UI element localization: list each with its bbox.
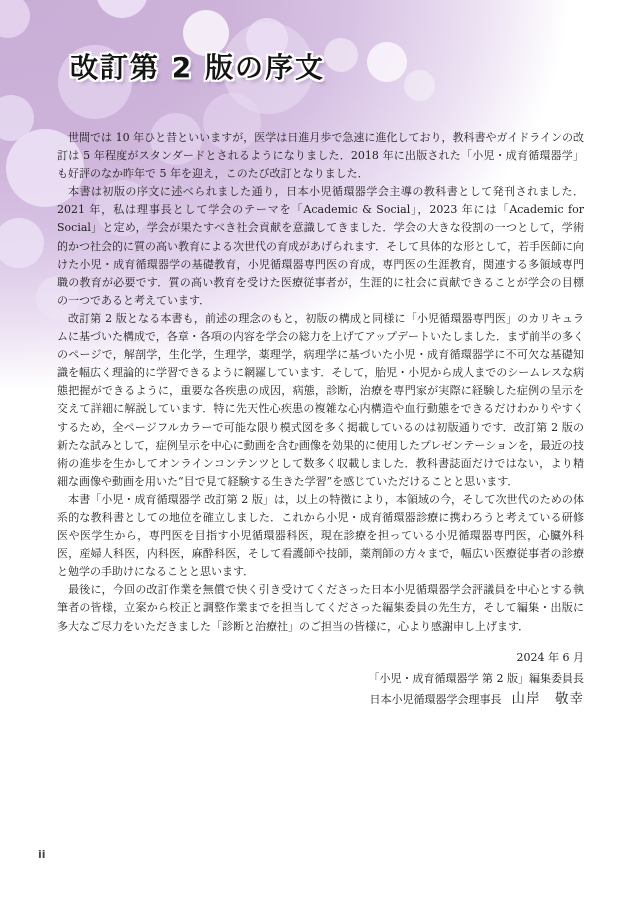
signature-president-role: 日本小児循環器学会理事長 xyxy=(370,693,502,706)
preface-body: 世間では 10 年ひと昔といいますが，医学は日進月歩で急速に進化しており，教科書… xyxy=(57,129,584,636)
preface-paragraph-4: 本書「小児・成育循環器学 改訂第 2 版」は，以上の特徴により，本領域の今，そし… xyxy=(57,491,584,581)
preface-page: 改訂第 2 版の序文 世間では 10 年ひと昔といいますが，医学は日進月歩で急速… xyxy=(0,0,637,900)
preface-paragraph-2: 本書は初版の序文に述べられました通り，日本小児循環器学会主導の教科書として発刊さ… xyxy=(57,183,584,310)
signature-editor-role: 「小児・成育循環器学 第 2 版」編集委員長 xyxy=(369,669,585,690)
preface-paragraph-5: 最後に，今回の改訂作業を無償で快く引き受けてくださった日本小児循環器学会評議員を… xyxy=(57,581,584,635)
bubble-circle xyxy=(404,70,435,101)
bubble-circle xyxy=(367,42,407,82)
bubble-circle xyxy=(324,38,358,72)
preface-paragraph-3: 改訂第 2 版となる本書も，前述の理念のもと，初版の構成と同様に「小児循環器専門… xyxy=(57,310,584,491)
page-number: ii xyxy=(38,848,46,861)
signature-date: 2024 年 6 月 xyxy=(369,648,585,669)
signature-block: 2024 年 6 月 「小児・成育循環器学 第 2 版」編集委員長 日本小児循環… xyxy=(369,648,585,711)
page-title: 改訂第 2 版の序文 xyxy=(70,48,325,88)
signature-name: 山岸 敬幸 xyxy=(512,691,585,707)
preface-paragraph-1: 世間では 10 年ひと昔といいますが，医学は日進月歩で急速に進化しており，教科書… xyxy=(57,129,584,183)
signature-president-line: 日本小児循環器学会理事長山岸 敬幸 xyxy=(369,689,585,711)
